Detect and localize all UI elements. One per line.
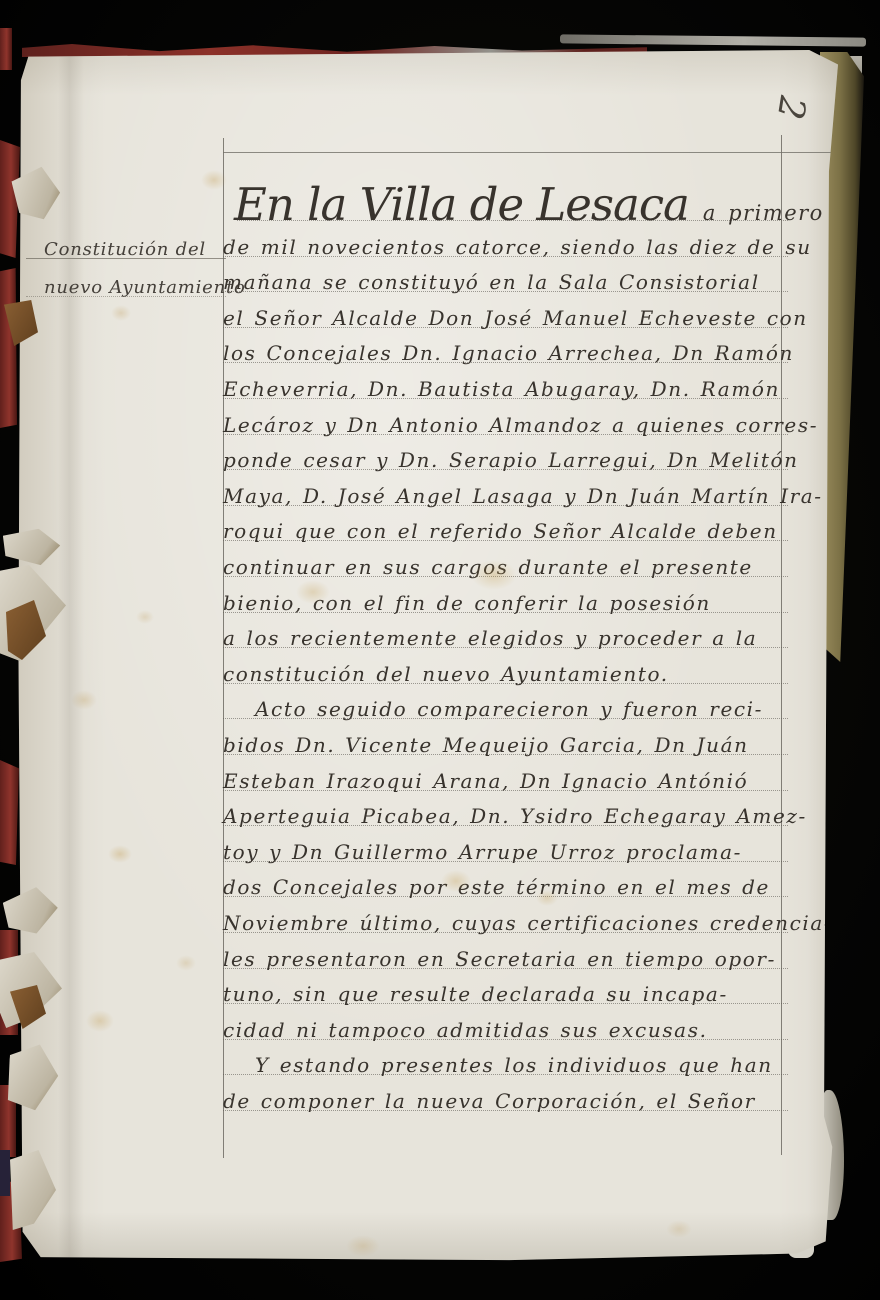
stain — [111, 305, 131, 321]
stain — [346, 1235, 380, 1257]
manuscript-line: de mil novecientos catorce, siendo las d… — [223, 233, 812, 261]
stain — [176, 955, 196, 971]
manuscript-line: roqui que con el referido Señor Alcalde … — [223, 517, 778, 545]
manuscript-line: los Concejales Dn. Ignacio Arrechea, Dn … — [223, 339, 794, 367]
manuscript-line: a los recientemente elegidos y proceder … — [223, 624, 757, 652]
manuscript-line: Esteban Irazoqui Arana, Dn Ignacio Antón… — [223, 767, 748, 795]
top-rule — [223, 152, 839, 153]
manuscript-line: el Señor Alcalde Don José Manuel Echeves… — [223, 304, 808, 332]
manuscript-line: Echeverria, Dn. Bautista Abugaray, Dn. R… — [223, 375, 780, 403]
manuscript-line: Aperteguia Picabea, Dn. Ysidro Echegaray… — [223, 802, 807, 830]
manuscript-line: bidos Dn. Vicente Mequeijo Garcia, Dn Ju… — [223, 731, 749, 759]
manuscript-line: Acto seguido comparecieron y fueron reci… — [255, 695, 763, 723]
page-stack-edge — [560, 34, 866, 46]
manuscript-line: tuno, sin que resulte declarada su incap… — [223, 980, 728, 1008]
manuscript-line: toy y Dn Guillermo Arrupe Urroz proclama… — [223, 838, 742, 866]
photo-background: 2 Constitución del nuevo Ayuntamiento En… — [0, 0, 880, 1300]
manuscript-line: de componer la nueva Corporación, el Señ… — [223, 1087, 756, 1115]
manuscript-line: continuar en sus cargos durante el prese… — [223, 553, 753, 581]
manuscript-line: dos Concejales por este término en el me… — [223, 873, 770, 901]
manuscript-line: ponde cesar y Dn. Serapio Larregui, Dn M… — [223, 446, 799, 474]
stain — [136, 610, 154, 624]
manuscript-line: bienio, con el fin de conferir la posesi… — [223, 589, 711, 617]
manuscript-line: constitución del nuevo Ayuntamiento. — [223, 660, 669, 688]
binding-red-patch — [0, 28, 12, 70]
binding-navy-patch — [0, 1150, 10, 1196]
manuscript-line: Lecároz y Dn Antonio Almandoz a quienes … — [223, 411, 818, 439]
torn-page-stub — [5, 1042, 61, 1112]
binding-red-patch — [0, 268, 17, 428]
stain — [108, 845, 132, 863]
manuscript-line: les presentaron en Secretaria en tiempo … — [223, 945, 776, 973]
binding-red-patch — [0, 760, 19, 865]
manuscript-line: Noviembre último, cuyas certificaciones … — [223, 909, 832, 937]
manuscript-page: 2 Constitución del nuevo Ayuntamiento En… — [16, 50, 838, 1262]
torn-page-stub — [0, 525, 61, 567]
stain — [666, 1220, 692, 1238]
book-spine — [0, 0, 80, 1300]
heading-main-text: En la Villa de Lesaca — [234, 178, 689, 231]
manuscript-line: Maya, D. José Angel Lasaga y Dn Juán Mar… — [223, 482, 823, 510]
manuscript-line: cidad ni tampoco admitidas sus excusas. — [223, 1016, 708, 1044]
manuscript-line: mañana se constituyó en la Sala Consisto… — [223, 268, 760, 296]
manuscript-line: Y estando presentes los individuos que h… — [255, 1051, 773, 1079]
page-number: 2 — [763, 93, 813, 139]
stain — [86, 1010, 114, 1032]
right-margin-rule — [781, 135, 782, 1155]
torn-page-stub — [10, 1150, 56, 1230]
manuscript-heading: En la Villa de Lesacaa primero de Enero — [234, 180, 880, 230]
